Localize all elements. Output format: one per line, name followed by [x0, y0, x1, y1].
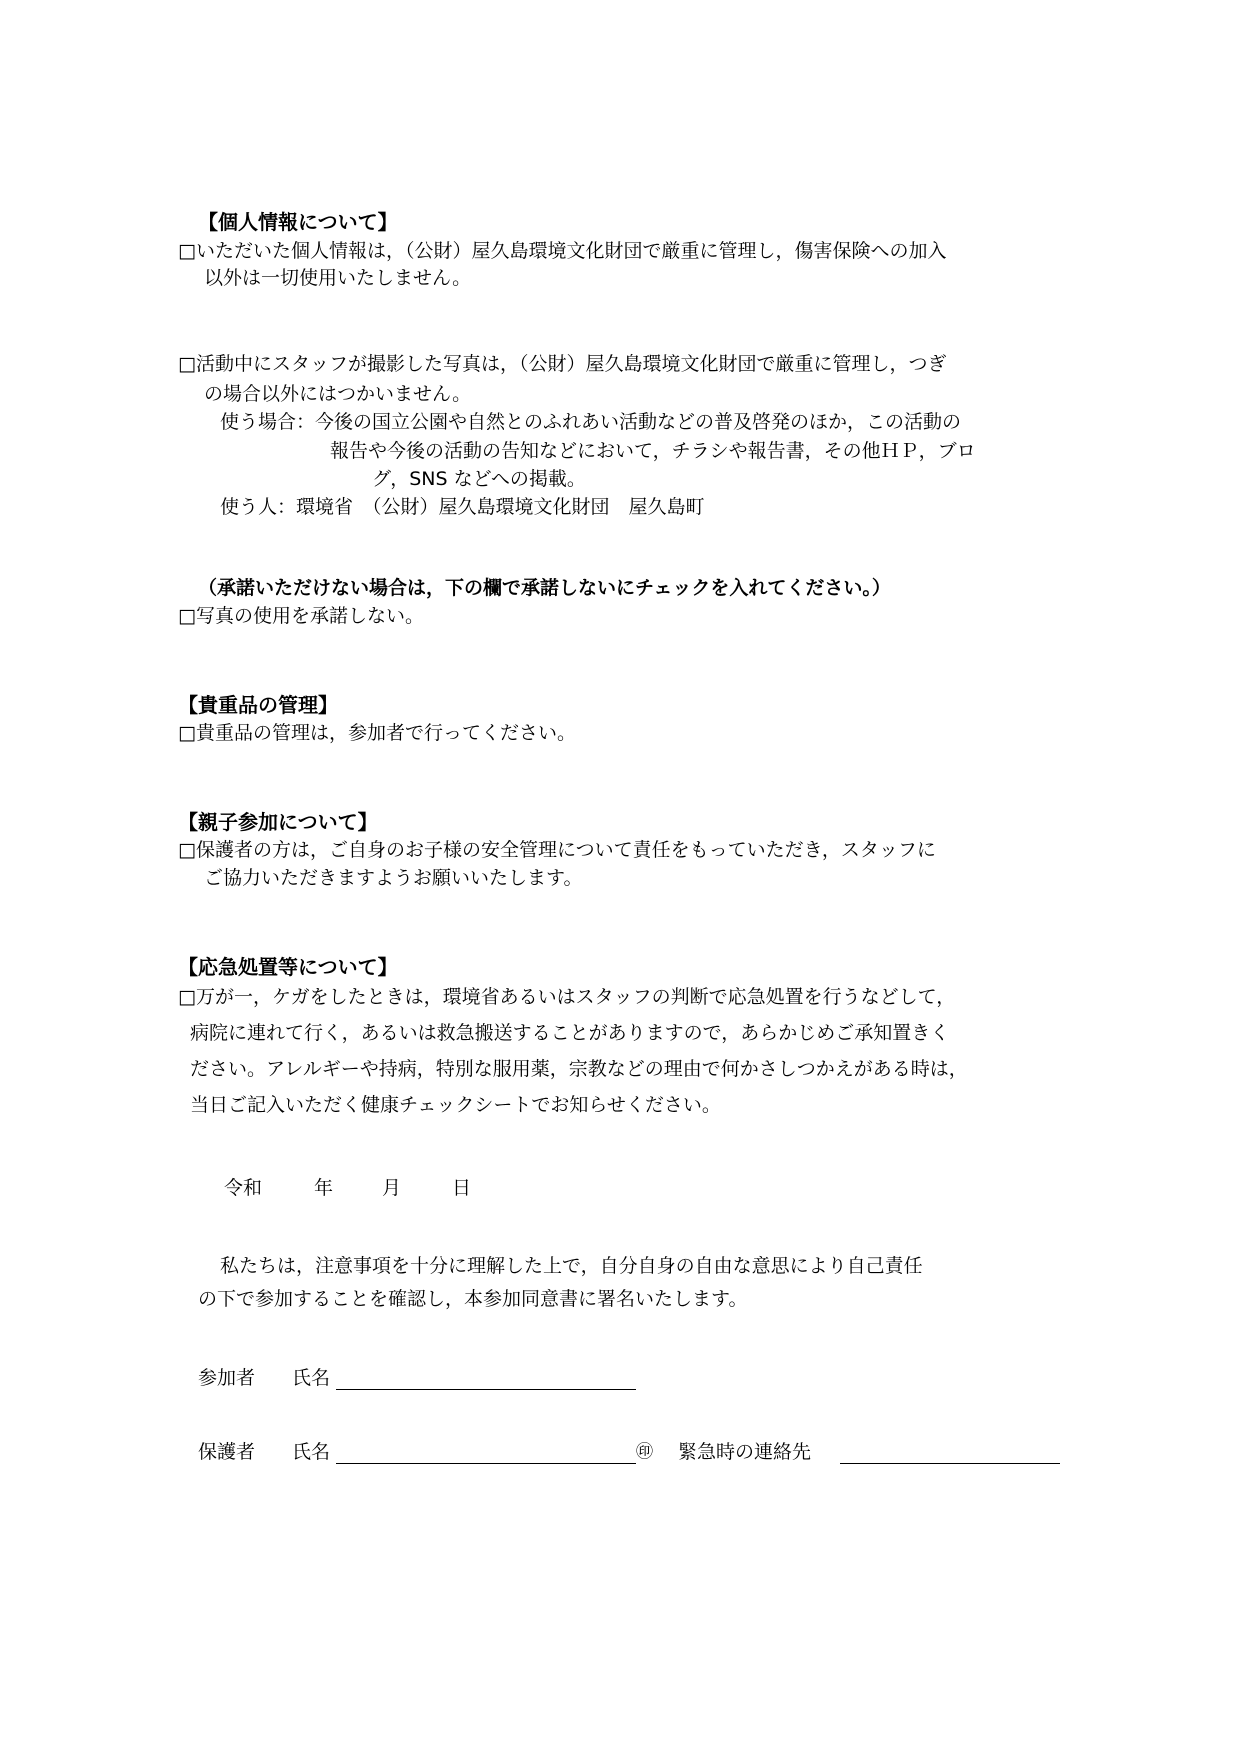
personal-info-heading: 【個人情報について】 [198, 210, 398, 234]
photo-use-case-cont2: グ，SNS などへの掲載。 [372, 467, 586, 491]
declaration-text-cont: の下で参加することを確認し，本参加同意書に署名いたします。 [198, 1287, 747, 1311]
first-aid-checkbox-text[interactable]: □万が一，ケガをしたときは，環境省あるいはスタッフの判断で応急処置を行うなどして… [178, 985, 955, 1009]
date-day: 日 [452, 1176, 471, 1200]
personal-info-checkbox-text[interactable]: □いただいた個人情報は，（公財）屋久島環境文化財団で厳重に管理し，傷害保険への加… [178, 239, 946, 263]
emergency-contact-field[interactable] [840, 1463, 1060, 1464]
first-aid-text-cont1: 病院に連れて行く，あるいは救急搬送することがありますので，あらかじめご承知置きく [190, 1021, 949, 1045]
photo-use-case-cont: 報告や今後の活動の告知などにおいて，チラシや報告書，その他ＨＰ，ブロ [330, 439, 976, 463]
participant-name-field[interactable] [336, 1389, 636, 1390]
first-aid-text-cont3: 当日ご記入いただく健康チェックシートでお知らせください。 [190, 1093, 721, 1117]
declaration-text: 私たちは，注意事項を十分に理解した上で，自分自身の自由な意思により自己責任 [220, 1254, 923, 1278]
emergency-contact-label: 緊急時の連絡先 [678, 1440, 811, 1464]
parent-child-heading: 【親子参加について】 [178, 810, 378, 834]
photo-use-case: 使う場合：今後の国立公園や自然とのふれあい活動などの普及啓発のほか，この活動の [220, 410, 961, 434]
participant-label: 参加者 [198, 1366, 255, 1390]
first-aid-heading: 【応急処置等について】 [178, 955, 398, 979]
participant-name-label: 氏名 [292, 1366, 330, 1390]
valuables-heading: 【貴重品の管理】 [178, 693, 338, 717]
photo-policy-checkbox-text[interactable]: □活動中にスタッフが撮影した写真は，（公財）屋久島環境文化財団で厳重に管理し，つ… [178, 352, 946, 376]
guardian-name-field[interactable] [336, 1463, 636, 1464]
seal-icon: ㊞ [636, 1440, 653, 1464]
valuables-checkbox-text[interactable]: □貴重品の管理は，参加者で行ってください。 [178, 721, 576, 745]
first-aid-text-cont2: ださい。アレルギーや持病，特別な服用薬，宗教などの理由で何かさしつかえがある時は… [190, 1057, 968, 1081]
guardian-label: 保護者 [198, 1440, 255, 1464]
personal-info-text-cont: 以外は一切使用いたしません。 [204, 266, 471, 290]
date-month: 月 [382, 1176, 401, 1200]
no-photo-consent-checkbox[interactable]: □写真の使用を承諾しない。 [178, 604, 424, 628]
consent-note: （承諾いただけない場合は，下の欄で承諾しないにチェックを入れてください。） [198, 576, 891, 600]
parent-child-text-cont: ご協力いただきますようお願いいたします。 [204, 866, 582, 890]
date-era: 令和 [224, 1176, 262, 1200]
guardian-name-label: 氏名 [292, 1440, 330, 1464]
photo-users: 使う人：環境省 （公財）屋久島環境文化財団 屋久島町 [220, 495, 705, 519]
date-year: 年 [314, 1176, 333, 1200]
photo-policy-text-cont: の場合以外にはつかいません。 [204, 382, 471, 406]
parent-child-checkbox-text[interactable]: □保護者の方は，ご自身のお子様の安全管理について責任をもっていただき，スタッフに [178, 838, 936, 862]
